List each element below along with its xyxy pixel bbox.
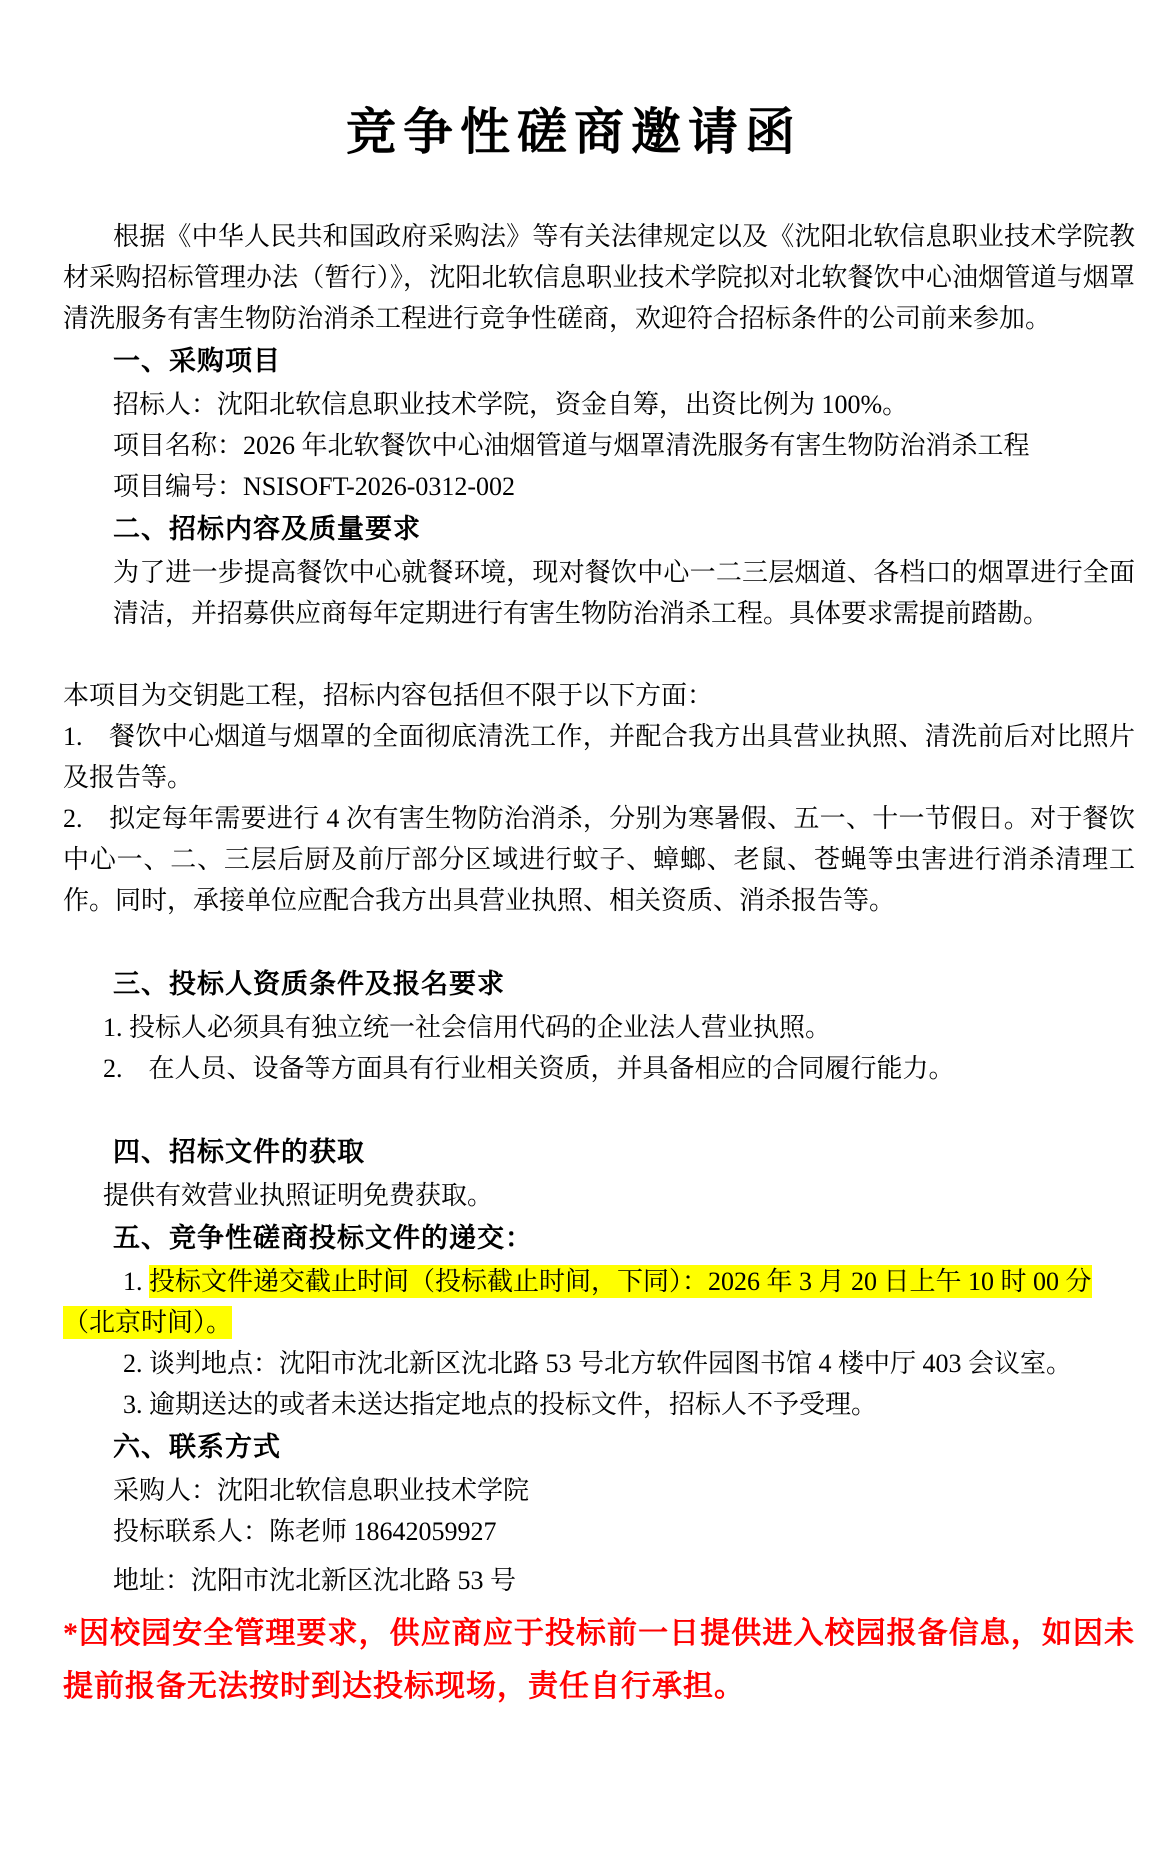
section-2-item-1: 1. 餐饮中心烟道与烟罩的全面彻底清洗工作，并配合我方出具营业执照、清洗前后对比… [63, 716, 1135, 798]
section-5-heading: 五、竞争性磋商投标文件的递交： [63, 1216, 1135, 1261]
section-5-item-3: 3. 逾期送达的或者未送达指定地点的投标文件，招标人不予受理。 [63, 1384, 1135, 1425]
bidder-line: 招标人：沈阳北软信息职业技术学院，资金自筹，出资比例为 100%。 [63, 384, 1135, 425]
document-title: 竞争性磋商邀请函 [63, 100, 1135, 164]
section-1-heading: 一、采购项目 [63, 339, 1135, 384]
section-3-item-2: 2. 在人员、设备等方面具有行业相关资质，并具备相应的合同履行能力。 [63, 1048, 1135, 1089]
section-3-item-1: 1. 投标人必须具有独立统一社会信用代码的企业法人营业执照。 [63, 1007, 1135, 1048]
section-6-heading: 六、联系方式 [63, 1425, 1135, 1470]
deadline-highlight: 投标文件递交截止时间（投标截止时间，下同）：2026 年 3 月 20 日上午 … [63, 1265, 1092, 1339]
section-2-paragraph-1: 为了进一步提高餐饮中心就餐环境，现对餐饮中心一二三层烟道、各档口的烟罩进行全面清… [113, 552, 1135, 634]
address-line: 地址：沈阳市沈北新区沈北路 53 号 [63, 1560, 1135, 1601]
section-2-item-2: 2. 拟定每年需要进行 4 次有害生物防治消杀，分别为寒暑假、五一、十一节假日。… [63, 798, 1135, 921]
blank-line [63, 921, 1135, 962]
deadline-item-number: 1. [123, 1267, 149, 1296]
security-notice: *因校园安全管理要求，供应商应于投标前一日提供进入校园报备信息，如因未提前报备无… [63, 1607, 1135, 1713]
document-page: 竞争性磋商邀请函 根据《中华人民共和国政府采购法》等有关法律规定以及《沈阳北软信… [0, 0, 1158, 1853]
blank-line [63, 1089, 1135, 1130]
section-5-item-2: 2. 谈判地点：沈阳市沈北新区沈北路 53 号北方软件园图书馆 4 楼中厅 40… [63, 1343, 1135, 1384]
project-name-line: 项目名称：2026 年北软餐饮中心油烟管道与烟罩清洗服务有害生物防治消杀工程 [63, 425, 1135, 466]
blank-line [63, 634, 1135, 675]
section-2-heading: 二、招标内容及质量要求 [63, 507, 1135, 552]
project-number-line: 项目编号：NSISOFT-2026-0312-002 [63, 466, 1135, 507]
section-3-heading: 三、投标人资质条件及报名要求 [63, 962, 1135, 1007]
contact-line: 投标联系人：陈老师 18642059927 [63, 1511, 1135, 1552]
intro-paragraph: 根据《中华人民共和国政府采购法》等有关法律规定以及《沈阳北软信息职业技术学院教材… [63, 216, 1135, 339]
section-4-heading: 四、招标文件的获取 [63, 1130, 1135, 1175]
section-5-item-1: 1. 投标文件递交截止时间（投标截止时间，下同）：2026 年 3 月 20 日… [63, 1261, 1135, 1343]
section-4-line: 提供有效营业执照证明免费获取。 [63, 1175, 1135, 1216]
purchaser-line: 采购人：沈阳北软信息职业技术学院 [63, 1470, 1135, 1511]
section-2-paragraph-2: 本项目为交钥匙工程，招标内容包括但不限于以下方面： [63, 675, 1135, 716]
